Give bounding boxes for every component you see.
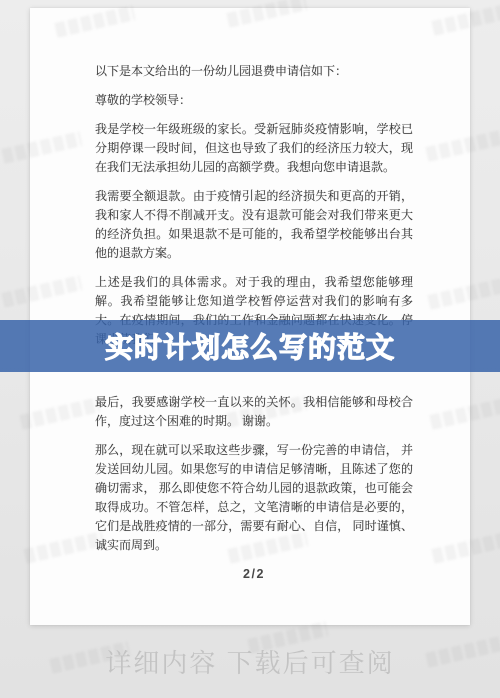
paragraph: 我是学校一年级班级的家长。受新冠肺炎疫情影响，学校已分期停课一段时间，但这也导致… <box>95 120 413 177</box>
paragraph: 那么，现在就可以采取这些步骤，写一份完善的申请信， 并发送回幼儿园。如果您写的申… <box>95 441 413 555</box>
page-indicator: 2/2 <box>95 565 413 584</box>
document-preview-screen: 以下是本文给出的一份幼儿园退费申请信如下： 尊敬的学校领导： 我是学校一年级班级… <box>0 0 500 698</box>
salutation: 尊敬的学校领导： <box>95 91 413 110</box>
promo-banner[interactable]: 实时计划怎么写的范文 <box>0 320 500 372</box>
paragraph: 最后，我要感谢学校一直以来的关怀。我相信能够和母校合作，度过这个困难的时期。 谢… <box>95 393 413 431</box>
promo-banner-label: 实时计划怎么写的范文 <box>105 326 395 366</box>
paragraph: 我需要全额退款。由于疫情引起的经济损失和更高的开销，我和家人不得不削减开支。没有… <box>95 187 413 263</box>
footer-bar: 详细内容 下载后可查阅 <box>0 625 500 698</box>
document-page: 以下是本文给出的一份幼儿园退费申请信如下： 尊敬的学校领导： 我是学校一年级班级… <box>30 8 470 625</box>
intro-line: 以下是本文给出的一份幼儿园退费申请信如下： <box>95 62 413 81</box>
footer-notice: 详细内容 下载后可查阅 <box>105 643 394 680</box>
